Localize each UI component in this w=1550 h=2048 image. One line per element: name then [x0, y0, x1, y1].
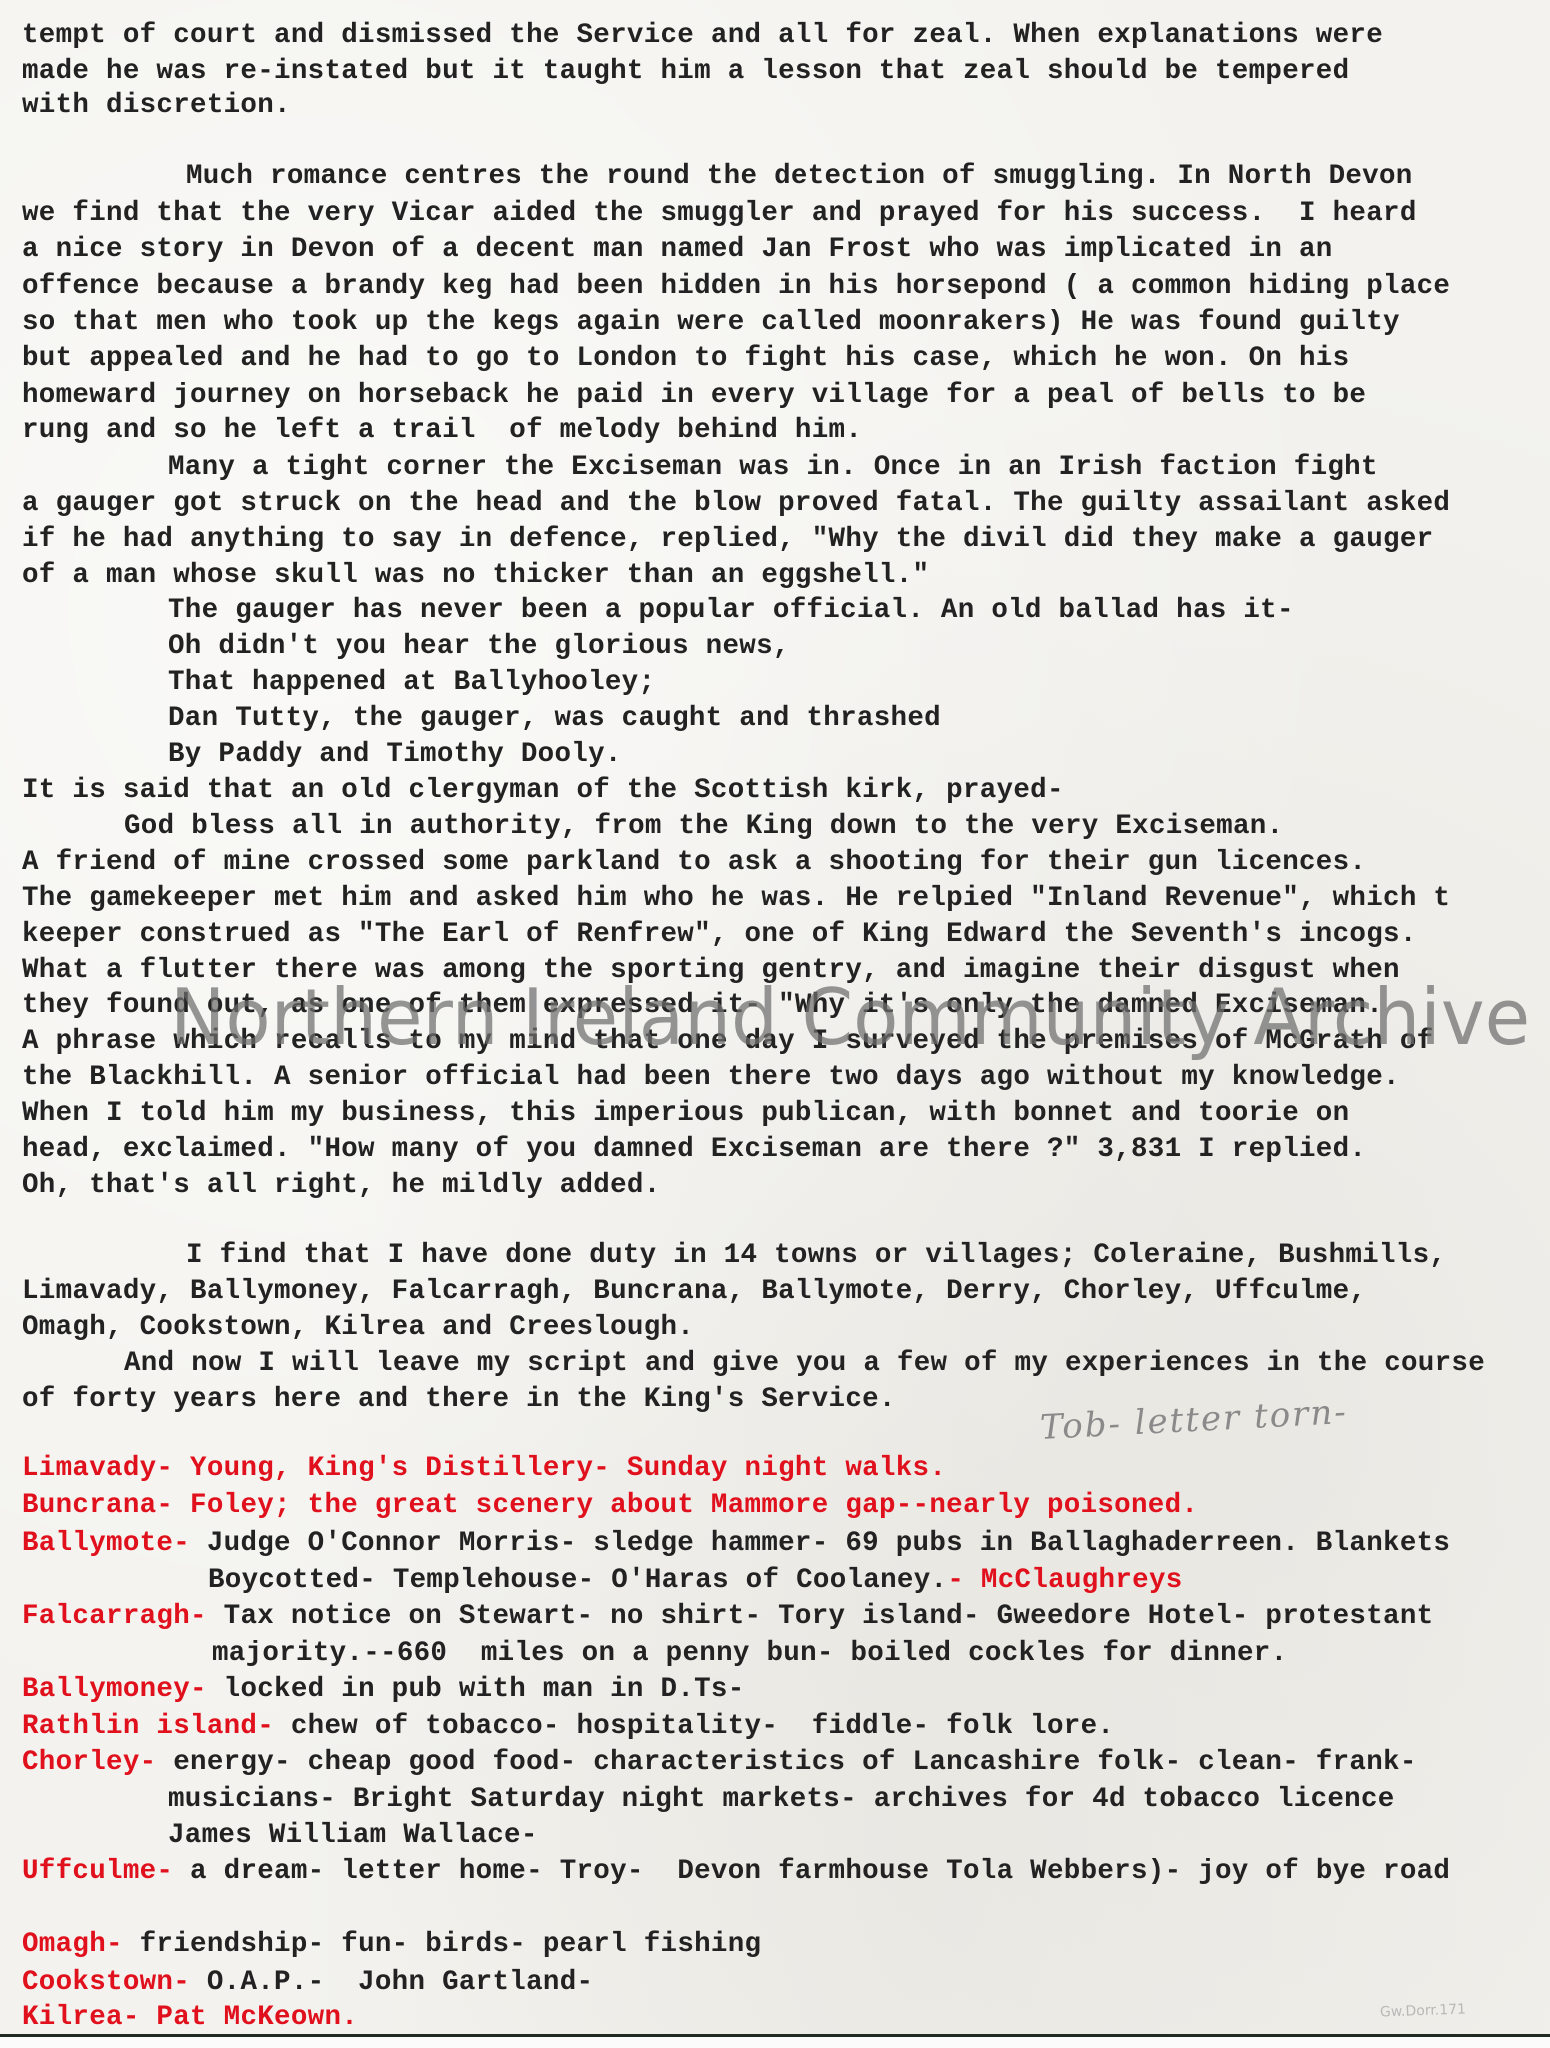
text-line: The gauger has never been a popular offi… — [168, 594, 1294, 628]
note-place-name: Falcarragh- — [22, 1601, 207, 1632]
note-extra: - McClaughreys — [947, 1565, 1182, 1596]
note-line: Cookstown- O.A.P.- John Gartland- — [22, 1966, 593, 2000]
note-line: Rathlin island- chew of tobacco- hospita… — [22, 1710, 1114, 1744]
note-text: energy- cheap good food- characteristics… — [156, 1747, 1416, 1778]
note-place-name: Chorley- — [22, 1747, 156, 1778]
note-text: a dream- letter home- Troy- Devon farmho… — [173, 1856, 1450, 1887]
note-text: Boycotted- Templehouse- O'Haras of Coola… — [208, 1565, 947, 1596]
note-text: majority.--660 miles on a penny bun- boi… — [212, 1638, 1287, 1669]
note-text: Tax notice on Stewart- no shirt- Tory is… — [207, 1601, 1434, 1632]
text-line: tempt of court and dismissed the Service… — [22, 19, 1383, 53]
note-place-name: Buncrana- — [22, 1490, 173, 1521]
note-place-name: Limavady- — [22, 1453, 173, 1484]
note-line: Boycotted- Templehouse- O'Haras of Coola… — [208, 1564, 1183, 1598]
text-line: head, exclaimed. "How many of you damned… — [22, 1133, 1366, 1167]
note-place-name: Rathlin island- — [22, 1711, 274, 1742]
text-line: the Blackhill. A senior official had bee… — [22, 1061, 1400, 1095]
note-text: locked in pub with man in D.Ts- — [207, 1674, 745, 1705]
text-line: rung and so he left a trail of melody be… — [22, 414, 862, 448]
note-text: Young, King's Distillery- Sunday night w… — [173, 1453, 946, 1484]
note-line: majority.--660 miles on a penny bun- boi… — [212, 1637, 1287, 1671]
note-line: Uffculme- a dream- letter home- Troy- De… — [22, 1855, 1450, 1889]
ballad-line: By Paddy and Timothy Dooly. — [168, 738, 622, 772]
prayer-line: God bless all in authority, from the Kin… — [124, 810, 1283, 844]
ballad-line: Oh didn't you hear the glorious news, — [168, 630, 790, 664]
note-place-name: Cookstown- — [22, 1967, 190, 1998]
text-line: Much romance centres the round the detec… — [186, 160, 1413, 194]
text-line: And now I will leave my script and give … — [124, 1347, 1485, 1381]
page-bottom-edge — [0, 2034, 1550, 2048]
ballad-line: That happened at Ballyhooley; — [168, 666, 655, 700]
note-place-name: Ballymote- — [22, 1528, 190, 1559]
note-place-name: Omagh- — [22, 1929, 123, 1960]
text-line: with discretion. — [22, 89, 291, 123]
archive-watermark: Northern Ireland Community Archive — [170, 973, 1530, 1063]
note-place-name: Ballymoney- — [22, 1674, 207, 1705]
text-line: of a man whose skull was no thicker than… — [22, 559, 929, 593]
text-line: of forty years here and there in the Kin… — [22, 1383, 896, 1417]
text-line: a nice story in Devon of a decent man na… — [22, 233, 1333, 267]
note-line: Falcarragh- Tax notice on Stewart- no sh… — [22, 1600, 1433, 1634]
note-text: Pat McKeown. — [140, 2002, 358, 2033]
text-line: we find that the very Vicar aided the sm… — [22, 197, 1417, 231]
ballad-line: Dan Tutty, the gauger, was caught and th… — [168, 702, 941, 736]
text-line: I find that I have done duty in 14 towns… — [186, 1239, 1446, 1273]
pencil-reference-mark: Gw.Dorr.171 — [1380, 2002, 1466, 2021]
text-line: Omagh, Cookstown, Kilrea and Creeslough. — [22, 1311, 694, 1345]
text-line: offence because a brandy keg had been hi… — [22, 270, 1450, 304]
text-line: The gamekeeper met him and asked him who… — [22, 882, 1450, 916]
note-line: Ballymoney- locked in pub with man in D.… — [22, 1673, 745, 1707]
text-line: Limavady, Ballymoney, Falcarragh, Buncra… — [22, 1275, 1366, 1309]
note-text: musicians- Bright Saturday night markets… — [168, 1784, 1395, 1815]
text-line: if he had anything to say in defence, re… — [22, 523, 1433, 557]
text-line: keeper construed as "The Earl of Renfrew… — [22, 918, 1417, 952]
note-line: Buncrana- Foley; the great scenery about… — [22, 1489, 1198, 1523]
note-line: Omagh- friendship- fun- birds- pearl fis… — [22, 1928, 761, 1962]
text-line: A friend of mine crossed some parkland t… — [22, 846, 1366, 880]
text-line: Oh, that's all right, he mildly added. — [22, 1169, 661, 1203]
text-line: made he was re-instated but it taught hi… — [22, 55, 1349, 89]
text-line: It is said that an old clergyman of the … — [22, 774, 1064, 808]
note-line: Chorley- energy- cheap good food- charac… — [22, 1746, 1417, 1780]
note-place-name: Kilrea- — [22, 2002, 140, 2033]
note-text: James William Wallace- — [168, 1820, 538, 1851]
note-place-name: Uffculme- — [22, 1856, 173, 1887]
note-text: Judge O'Connor Morris- sledge hammer- 69… — [190, 1528, 1450, 1559]
note-line: James William Wallace- — [168, 1819, 538, 1853]
note-line: Kilrea- Pat McKeown. — [22, 2001, 358, 2035]
note-text: O.A.P.- John Gartland- — [190, 1967, 593, 1998]
text-line: a gauger got struck on the head and the … — [22, 487, 1450, 521]
text-line: Many a tight corner the Exciseman was in… — [168, 451, 1378, 485]
text-line: homeward journey on horseback he paid in… — [22, 379, 1366, 413]
text-line: but appealed and he had to go to London … — [22, 342, 1349, 376]
note-text: chew of tobacco- hospitality- fiddle- fo… — [274, 1711, 1114, 1742]
text-line: When I told him my business, this imperi… — [22, 1097, 1349, 1131]
note-line: Ballymote- Judge O'Connor Morris- sledge… — [22, 1527, 1450, 1561]
note-text: Foley; the great scenery about Mammore g… — [173, 1490, 1198, 1521]
note-line: Limavady- Young, King's Distillery- Sund… — [22, 1452, 946, 1486]
note-text: friendship- fun- birds- pearl fishing — [123, 1929, 762, 1960]
text-line: so that men who took up the kegs again w… — [22, 306, 1400, 340]
note-line: musicians- Bright Saturday night markets… — [168, 1783, 1395, 1817]
